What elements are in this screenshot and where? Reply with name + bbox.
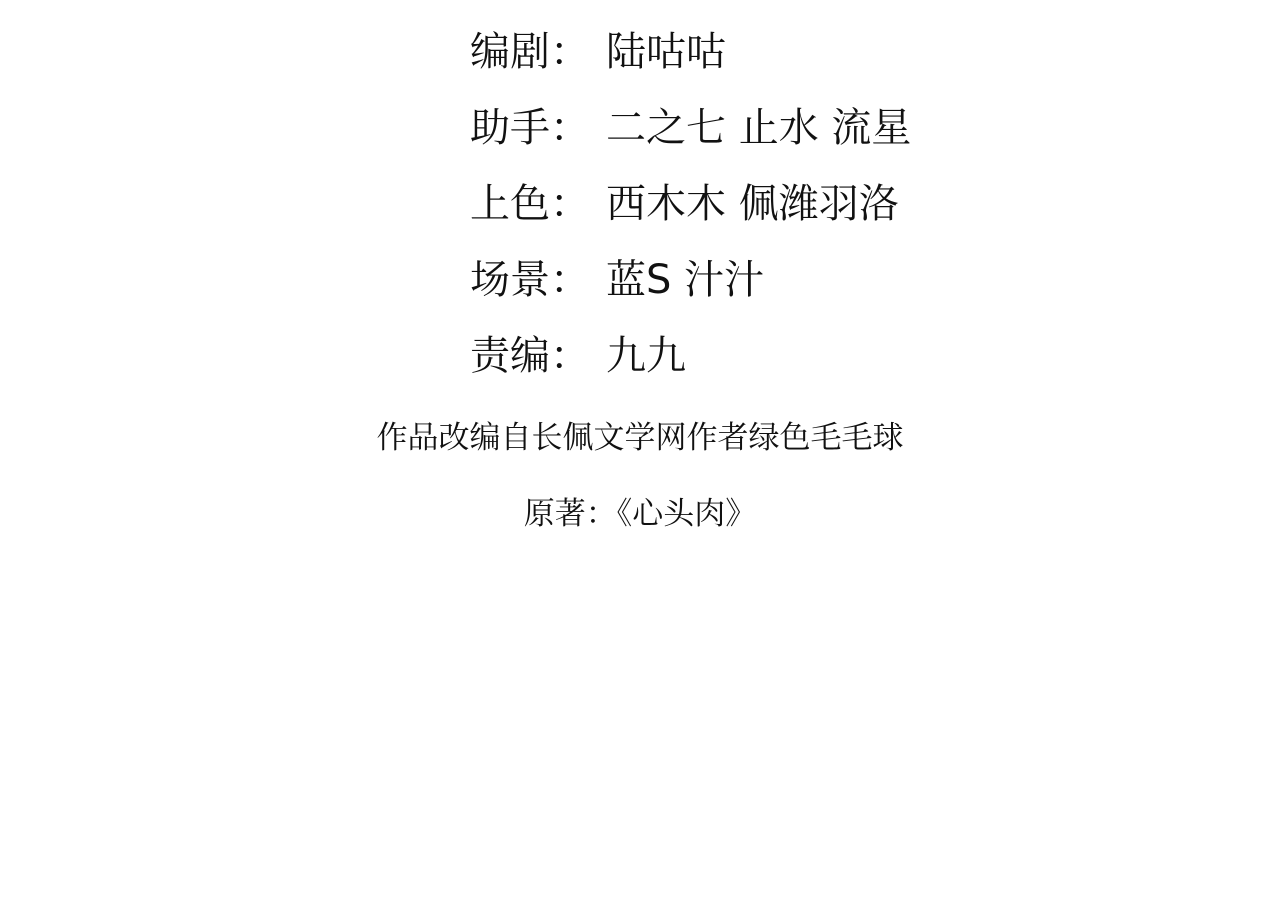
credit-role: 助手： <box>470 104 606 152</box>
credit-names: 陆咕咕 <box>606 28 726 76</box>
adaptation-note: 作品改编自长佩文学网作者绿色毛毛球 <box>0 418 1280 458</box>
original-work-label: 原著： <box>524 496 617 532</box>
credit-role: 上色： <box>470 180 606 228</box>
credit-names: 二之七 止水 流星 <box>606 104 911 152</box>
credit-names: 蓝S 汁汁 <box>606 256 764 304</box>
credit-role: 场景： <box>470 256 606 304</box>
credit-row-assistants: 助手： 二之七 止水 流星 <box>470 90 911 166</box>
original-work-title: 《心头肉》 <box>617 496 757 532</box>
credit-row-coloring: 上色： 西木木 佩潍羽洛 <box>470 166 911 242</box>
credit-row-scenery: 场景： 蓝S 汁汁 <box>470 242 911 318</box>
credit-role: 编剧： <box>470 28 606 76</box>
credit-row-screenwriter: 编剧： 陆咕咕 <box>470 14 911 90</box>
credit-role: 责编： <box>470 332 606 380</box>
credit-row-editor: 责编： 九九 <box>470 318 911 394</box>
credit-names: 九九 <box>606 332 686 380</box>
original-work-line: 原著：《心头肉》 <box>0 494 1280 534</box>
staff-credits-list: 编剧： 陆咕咕 助手： 二之七 止水 流星 上色： 西木木 佩潍羽洛 场景： 蓝… <box>470 14 911 394</box>
credit-names: 西木木 佩潍羽洛 <box>606 180 899 228</box>
